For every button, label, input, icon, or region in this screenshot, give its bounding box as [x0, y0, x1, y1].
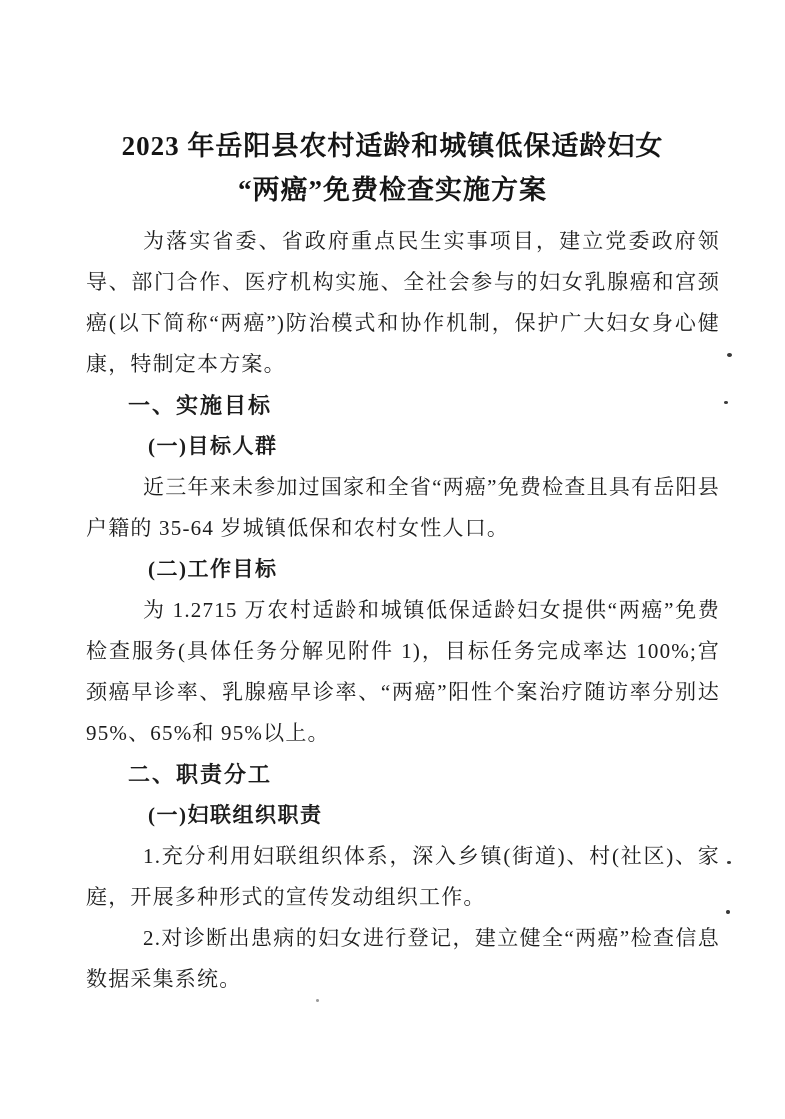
paragraph-work-goals: 为 1.2715 万农村适龄和城镇低保适龄妇女提供“两癌”免费检查服务(具体任务… [86, 590, 720, 754]
document-body: 为落实省委、省政府重点民生实事项目，建立党委政府领导、部门合作、医疗机构实施、全… [86, 221, 720, 1000]
paragraph-intro: 为落实省委、省政府重点民生实事项目，建立党委政府领导、部门合作、医疗机构实施、全… [86, 221, 720, 385]
document-page: 2023 年岳阳县农村适龄和城镇低保适龄妇女 “两癌”免费检查实施方案 为落实省… [0, 0, 785, 1119]
scan-speck [724, 401, 728, 404]
heading-womens-federation-duties: (一)妇联组织职责 [86, 795, 720, 836]
document-title-line-1: 2023 年岳阳县农村适龄和城镇低保适龄妇女 [50, 124, 735, 168]
paragraph-target-population: 近三年来未参加过国家和全省“两癌”免费检查且具有岳阳县户籍的 35-64 岁城镇… [86, 467, 720, 549]
heading-target-population: (一)目标人群 [86, 426, 720, 467]
heading-responsibilities: 二、职责分工 [86, 754, 720, 795]
scan-speck [727, 861, 731, 864]
scan-speck [727, 353, 732, 357]
paragraph-duty-2: 2.对诊断出患病的妇女进行登记，建立健全“两癌”检查信息数据采集系统。 [86, 918, 720, 1000]
paragraph-duty-1: 1.充分利用妇联组织体系，深入乡镇(街道)、村(社区)、家庭，开展多种形式的宣传… [86, 836, 720, 918]
document-title: 2023 年岳阳县农村适龄和城镇低保适龄妇女 “两癌”免费检查实施方案 [50, 124, 735, 212]
scan-speck [726, 910, 730, 914]
scan-speck [316, 999, 319, 1002]
heading-implementation-goals: 一、实施目标 [86, 385, 720, 426]
document-title-line-2: “两癌”免费检查实施方案 [50, 168, 735, 212]
heading-work-goals: (二)工作目标 [86, 549, 720, 590]
